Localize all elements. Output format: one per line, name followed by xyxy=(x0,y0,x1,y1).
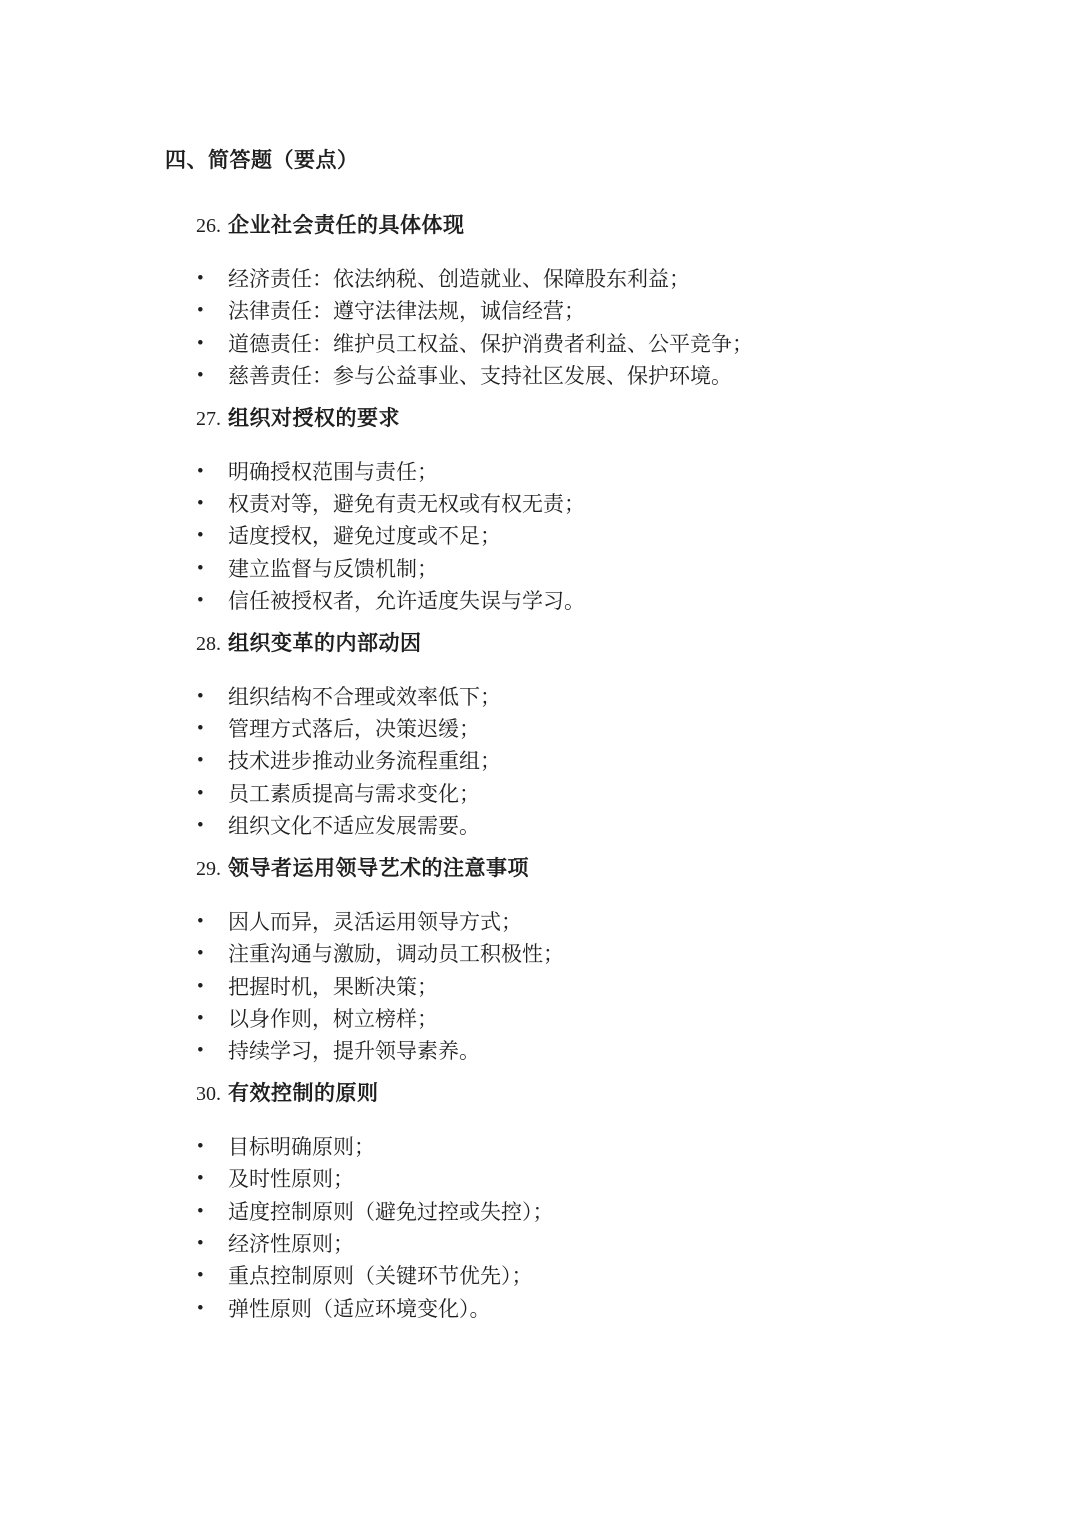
bullet-icon: • xyxy=(197,1131,204,1163)
bullet-icon: • xyxy=(197,906,204,938)
question-heading: 27.组织对授权的要求 xyxy=(196,405,960,433)
document-page: 四、简答题（要点） 26.企业社会责任的具体体现•经济责任：依法纳税、创造就业、… xyxy=(0,0,1080,1527)
answer-bullet-text: 慈善责任：参与公益事业、支持社区发展、保护环境。 xyxy=(228,364,732,388)
answer-bullet-text: 因人而异，灵活运用领导方式； xyxy=(228,910,522,934)
bullet-icon: • xyxy=(197,1228,204,1260)
answer-bullet-item: •员工素质提高与需求变化； xyxy=(196,778,960,810)
bullet-icon: • xyxy=(197,938,204,970)
question-number: 30. xyxy=(196,1083,221,1105)
answer-bullet-list: •组织结构不合理或效率低下；•管理方式落后，决策迟缓；•技术进步推动业务流程重组… xyxy=(196,681,960,843)
answer-bullet-text: 管理方式落后，决策迟缓； xyxy=(228,717,480,741)
answer-bullet-text: 明确授权范围与责任； xyxy=(228,460,438,484)
answer-bullet-text: 适度授权，避免过度或不足； xyxy=(228,524,501,548)
question-title: 企业社会责任的具体体现 xyxy=(228,213,465,237)
answer-bullet-item: •慈善责任：参与公益事业、支持社区发展、保护环境。 xyxy=(196,360,960,392)
bullet-icon: • xyxy=(197,713,204,745)
answer-bullet-text: 经济性原则； xyxy=(228,1232,354,1256)
answer-bullet-text: 注重沟通与激励，调动员工积极性； xyxy=(228,942,564,966)
answer-bullet-list: •目标明确原则；•及时性原则；•适度控制原则（避免过控或失控）；•经济性原则；•… xyxy=(196,1131,960,1325)
answer-bullet-item: •弹性原则（适应环境变化）。 xyxy=(196,1293,960,1325)
question-number: 27. xyxy=(196,408,221,430)
bullet-icon: • xyxy=(197,745,204,777)
answer-bullet-item: •明确授权范围与责任； xyxy=(196,456,960,488)
bullet-icon: • xyxy=(197,328,204,360)
answer-bullet-text: 建立监督与反馈机制； xyxy=(228,557,438,581)
question-number: 28. xyxy=(196,633,221,655)
question-block: 26.企业社会责任的具体体现•经济责任：依法纳税、创造就业、保障股东利益；•法律… xyxy=(196,212,960,393)
answer-bullet-item: •持续学习，提升领导素养。 xyxy=(196,1035,960,1067)
answer-bullet-list: •明确授权范围与责任；•权责对等，避免有责无权或有权无责；•适度授权，避免过度或… xyxy=(196,456,960,618)
bullet-icon: • xyxy=(197,295,204,327)
bullet-icon: • xyxy=(197,1003,204,1035)
answer-bullet-item: •管理方式落后，决策迟缓； xyxy=(196,713,960,745)
bullet-icon: • xyxy=(197,778,204,810)
bullet-icon: • xyxy=(197,810,204,842)
section-title: 四、简答题（要点） xyxy=(165,147,960,174)
answer-bullet-item: •道德责任：维护员工权益、保护消费者利益、公平竞争； xyxy=(196,328,960,360)
bullet-icon: • xyxy=(197,1035,204,1067)
answer-bullet-item: •建立监督与反馈机制； xyxy=(196,553,960,585)
answer-bullet-text: 目标明确原则； xyxy=(228,1135,375,1159)
answer-bullet-text: 道德责任：维护员工权益、保护消费者利益、公平竞争； xyxy=(228,332,753,356)
bullet-icon: • xyxy=(197,456,204,488)
answer-bullet-text: 把握时机，果断决策； xyxy=(228,975,438,999)
bullet-icon: • xyxy=(197,585,204,617)
question-block: 28.组织变革的内部动因•组织结构不合理或效率低下；•管理方式落后，决策迟缓；•… xyxy=(196,630,960,843)
answer-bullet-item: •经济性原则； xyxy=(196,1228,960,1260)
bullet-icon: • xyxy=(197,360,204,392)
answer-bullet-item: •权责对等，避免有责无权或有权无责； xyxy=(196,488,960,520)
answer-bullet-text: 技术进步推动业务流程重组； xyxy=(228,749,501,773)
question-number: 29. xyxy=(196,858,221,880)
question-number: 26. xyxy=(196,215,221,237)
bullet-icon: • xyxy=(197,1196,204,1228)
answer-bullet-list: •因人而异，灵活运用领导方式；•注重沟通与激励，调动员工积极性；•把握时机，果断… xyxy=(196,906,960,1068)
answer-bullet-item: •适度控制原则（避免过控或失控）； xyxy=(196,1196,960,1228)
answer-bullet-text: 员工素质提高与需求变化； xyxy=(228,782,480,806)
answer-bullet-item: •适度授权，避免过度或不足； xyxy=(196,520,960,552)
answer-bullet-text: 经济责任：依法纳税、创造就业、保障股东利益； xyxy=(228,267,690,291)
answer-bullet-text: 法律责任：遵守法律法规，诚信经营； xyxy=(228,299,585,323)
question-title: 组织变革的内部动因 xyxy=(228,631,422,655)
question-heading: 26.企业社会责任的具体体现 xyxy=(196,212,960,240)
answer-bullet-item: •法律责任：遵守法律法规，诚信经营； xyxy=(196,295,960,327)
answer-bullet-item: •目标明确原则； xyxy=(196,1131,960,1163)
answer-bullet-item: •重点控制原则（关键环节优先）； xyxy=(196,1260,960,1292)
answer-bullet-item: •因人而异，灵活运用领导方式； xyxy=(196,906,960,938)
answer-bullet-text: 组织结构不合理或效率低下； xyxy=(228,685,501,709)
answer-bullet-item: •组织结构不合理或效率低下； xyxy=(196,681,960,713)
answer-bullet-text: 重点控制原则（关键环节优先）； xyxy=(228,1264,533,1288)
answer-bullet-list: •经济责任：依法纳税、创造就业、保障股东利益；•法律责任：遵守法律法规，诚信经营… xyxy=(196,263,960,393)
answer-bullet-item: •及时性原则； xyxy=(196,1163,960,1195)
question-heading: 29.领导者运用领导艺术的注意事项 xyxy=(196,855,960,883)
answer-bullet-text: 以身作则，树立榜样； xyxy=(228,1007,438,1031)
question-title: 领导者运用领导艺术的注意事项 xyxy=(228,856,529,880)
bullet-icon: • xyxy=(197,520,204,552)
answer-bullet-item: •把握时机，果断决策； xyxy=(196,971,960,1003)
answer-bullet-text: 权责对等，避免有责无权或有权无责； xyxy=(228,492,585,516)
answer-bullet-item: •经济责任：依法纳税、创造就业、保障股东利益； xyxy=(196,263,960,295)
answer-bullet-text: 持续学习，提升领导素养。 xyxy=(228,1039,480,1063)
bullet-icon: • xyxy=(197,1163,204,1195)
answer-bullet-text: 弹性原则（适应环境变化）。 xyxy=(228,1297,491,1321)
answer-bullet-text: 信任被授权者，允许适度失误与学习。 xyxy=(228,589,585,613)
question-title: 组织对授权的要求 xyxy=(228,406,400,430)
answer-bullet-text: 组织文化不适应发展需要。 xyxy=(228,814,480,838)
answer-bullet-text: 及时性原则； xyxy=(228,1167,354,1191)
question-heading: 30.有效控制的原则 xyxy=(196,1080,960,1108)
answer-bullet-item: •注重沟通与激励，调动员工积极性； xyxy=(196,938,960,970)
bullet-icon: • xyxy=(197,263,204,295)
answer-bullet-item: •信任被授权者，允许适度失误与学习。 xyxy=(196,585,960,617)
question-heading: 28.组织变革的内部动因 xyxy=(196,630,960,658)
bullet-icon: • xyxy=(197,488,204,520)
question-block: 30.有效控制的原则•目标明确原则；•及时性原则；•适度控制原则（避免过控或失控… xyxy=(196,1080,960,1325)
bullet-icon: • xyxy=(197,1260,204,1292)
bullet-icon: • xyxy=(197,1293,204,1325)
question-title: 有效控制的原则 xyxy=(228,1081,379,1105)
bullet-icon: • xyxy=(197,971,204,1003)
question-block: 27.组织对授权的要求•明确授权范围与责任；•权责对等，避免有责无权或有权无责；… xyxy=(196,405,960,618)
question-block: 29.领导者运用领导艺术的注意事项•因人而异，灵活运用领导方式；•注重沟通与激励… xyxy=(196,855,960,1068)
questions-container: 26.企业社会责任的具体体现•经济责任：依法纳税、创造就业、保障股东利益；•法律… xyxy=(165,212,960,1325)
answer-bullet-item: •组织文化不适应发展需要。 xyxy=(196,810,960,842)
bullet-icon: • xyxy=(197,681,204,713)
bullet-icon: • xyxy=(197,553,204,585)
answer-bullet-text: 适度控制原则（避免过控或失控）； xyxy=(228,1200,554,1224)
answer-bullet-item: •以身作则，树立榜样； xyxy=(196,1003,960,1035)
answer-bullet-item: •技术进步推动业务流程重组； xyxy=(196,745,960,777)
